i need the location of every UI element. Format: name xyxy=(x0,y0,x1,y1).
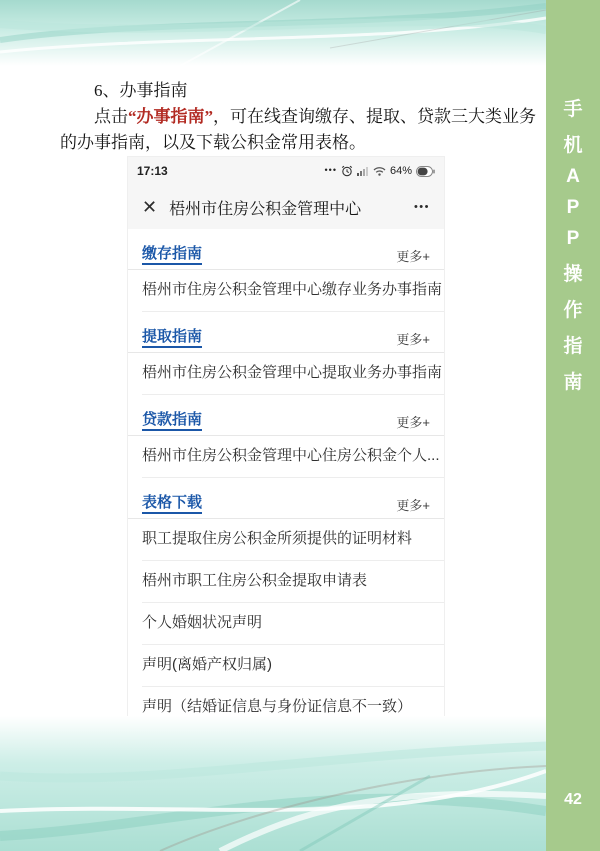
sidebar-title-char: P xyxy=(567,197,580,219)
swoosh-graphic-bottom xyxy=(0,716,546,851)
more-link[interactable]: 更多+ xyxy=(396,248,430,265)
swoosh-graphic-top xyxy=(0,0,546,66)
section-label-link[interactable]: 提取指南 xyxy=(142,328,202,348)
status-time: 17:13 xyxy=(137,164,168,178)
manual-page: 手 机 A P P 操 作 指 南 42 6、办事指南 点击“办事指南”，可在线… xyxy=(0,0,600,851)
section-label-link[interactable]: 贷款指南 xyxy=(142,411,202,431)
body-paragraph: 点击“办事指南”，可在线查询缴存、提取、贷款三大类业务的办事指南，以及下载公积金… xyxy=(60,104,552,156)
sidebar-vertical-title: 手 机 A P P 操 作 指 南 xyxy=(546,94,600,394)
list-item[interactable]: 职工提取住房公积金所须提供的证明材料 xyxy=(128,519,444,560)
list-item[interactable]: 个人婚姻状况声明 xyxy=(128,603,444,644)
section-heading: 6、办事指南 xyxy=(60,78,552,104)
list-item[interactable]: 声明（结婚证信息与身份证信息不一致） xyxy=(128,687,444,716)
battery-icon xyxy=(416,166,435,177)
phone-body: 缴存指南 更多+ 梧州市住房公积金管理中心缴存业务办事指南 提取指南 更多+ 梧… xyxy=(128,241,444,716)
sidebar-title-char: 手 xyxy=(563,94,582,121)
section-header: 表格下载 更多+ xyxy=(128,490,444,518)
sidebar-title-char: 南 xyxy=(563,367,582,394)
list-item[interactable]: 梧州市住房公积金管理中心缴存业务办事指南 xyxy=(128,270,444,311)
document-body-text: 6、办事指南 点击“办事指南”，可在线查询缴存、提取、贷款三大类业务的办事指南，… xyxy=(60,78,552,156)
list-item[interactable]: 梧州市住房公积金管理中心住房公积金个人... xyxy=(128,436,444,477)
section-withdrawal-guide: 提取指南 更多+ 梧州市住房公积金管理中心提取业务办事指南 xyxy=(128,324,444,395)
status-icons: ••• xyxy=(325,165,435,177)
page-number: 42 xyxy=(546,791,600,809)
list-item[interactable]: 声明(离婚产权归属) xyxy=(128,645,444,686)
app-page-title: 梧州市住房公积金管理中心 xyxy=(169,196,402,219)
divider xyxy=(142,311,444,312)
phone-screenshot: 17:13 ••• xyxy=(127,156,445,716)
title-bar: ✕ 梧州市住房公积金管理中心 ••• xyxy=(128,185,444,229)
section-header: 提取指南 更多+ xyxy=(128,324,444,352)
section-header: 贷款指南 更多+ xyxy=(128,407,444,435)
paragraph-highlight-red: “办事指南” xyxy=(128,107,213,126)
sidebar-title-char: 操 xyxy=(563,259,582,286)
close-icon[interactable]: ✕ xyxy=(142,198,157,216)
divider xyxy=(142,477,444,478)
status-bar: 17:13 ••• xyxy=(128,157,444,185)
battery-percent-text: 64% xyxy=(390,165,412,177)
right-sidebar: 手 机 A P P 操 作 指 南 42 xyxy=(546,0,600,851)
top-decorative-band xyxy=(0,0,546,66)
section-label-link[interactable]: 表格下载 xyxy=(142,494,202,514)
section-label-link[interactable]: 缴存指南 xyxy=(142,245,202,265)
list-item[interactable]: 梧州市职工住房公积金提取申请表 xyxy=(128,561,444,602)
section-deposit-guide: 缴存指南 更多+ 梧州市住房公积金管理中心缴存业务办事指南 xyxy=(128,241,444,312)
more-link[interactable]: 更多+ xyxy=(396,331,430,348)
more-menu-icon[interactable]: ••• xyxy=(414,201,430,213)
section-form-download: 表格下载 更多+ 职工提取住房公积金所须提供的证明材料 梧州市职工住房公积金提取… xyxy=(128,490,444,716)
cellular-signal-icon xyxy=(357,166,369,176)
section-header: 缴存指南 更多+ xyxy=(128,241,444,269)
sidebar-title-char: 机 xyxy=(563,130,582,157)
paragraph-prefix: 点击 xyxy=(94,107,128,126)
divider xyxy=(142,394,444,395)
sidebar-title-char: P xyxy=(567,228,580,250)
status-dots-icon: ••• xyxy=(325,165,337,175)
more-link[interactable]: 更多+ xyxy=(396,414,430,431)
list-item[interactable]: 梧州市住房公积金管理中心提取业务办事指南 xyxy=(128,353,444,394)
more-link[interactable]: 更多+ xyxy=(396,497,430,514)
phone-header: 17:13 ••• xyxy=(128,157,444,229)
section-loan-guide: 贷款指南 更多+ 梧州市住房公积金管理中心住房公积金个人... xyxy=(128,407,444,478)
sidebar-title-char: A xyxy=(566,166,580,188)
sidebar-title-char: 作 xyxy=(563,295,582,322)
wifi-icon xyxy=(373,166,386,176)
sidebar-title-char: 指 xyxy=(563,331,582,358)
alarm-clock-icon xyxy=(341,165,353,177)
bottom-decorative-band xyxy=(0,716,546,851)
